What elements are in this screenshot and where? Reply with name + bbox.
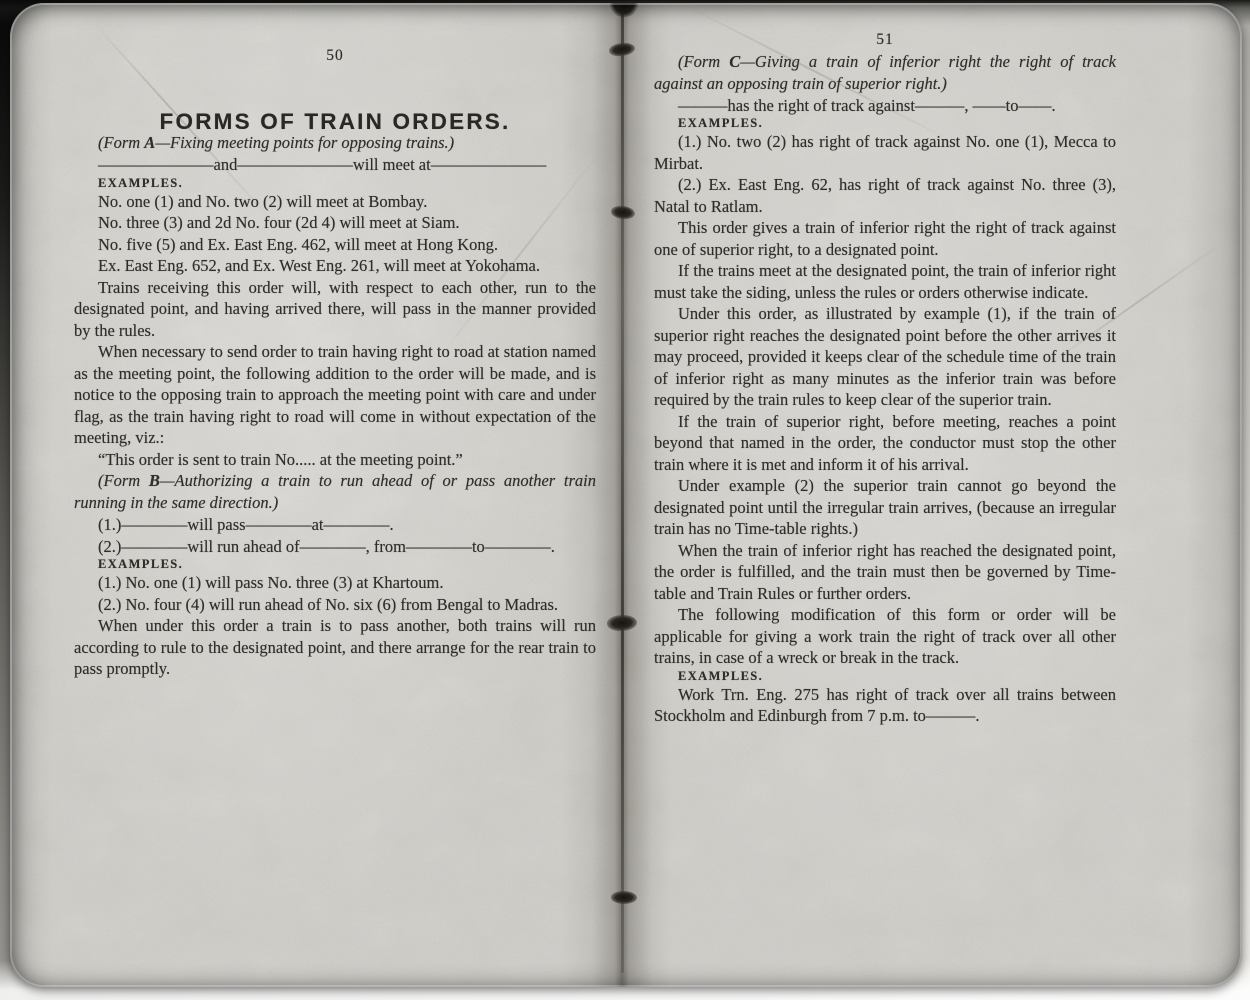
example-item: (1.) No. one (1) will pass No. three (3)… bbox=[74, 572, 596, 594]
open-book: 50 FORMS OF TRAIN ORDERS. (Form A—Fixing… bbox=[10, 3, 1242, 987]
body-paragraph: Under this order, as illustrated by exam… bbox=[654, 303, 1116, 411]
body-paragraph: Trains receiving this order will, with r… bbox=[74, 277, 596, 342]
form-a-caption: (Form A—Fixing meeting points for opposi… bbox=[74, 132, 596, 154]
example-item: (1.) No. two (2) has right of track agai… bbox=[654, 131, 1116, 174]
example-item: No. three (3) and 2d No. four (2d 4) wil… bbox=[74, 212, 596, 234]
book-scan-scene: 50 FORMS OF TRAIN ORDERS. (Form A—Fixing… bbox=[0, 0, 1250, 1000]
example-item: Ex. East Eng. 652, and Ex. West Eng. 261… bbox=[74, 255, 596, 277]
example-item: No. five (5) and Ex. East Eng. 462, will… bbox=[74, 234, 596, 256]
page-title: FORMS OF TRAIN ORDERS. bbox=[74, 111, 596, 133]
form-c-blank-line: ———has the right of track against———, ——… bbox=[654, 95, 1116, 117]
example-item: (2.) No. four (4) will run ahead of No. … bbox=[74, 594, 596, 616]
form-b-caption: (Form B—Authorizing a train to run ahead… bbox=[74, 470, 596, 514]
body-paragraph: The following modification of this form … bbox=[654, 604, 1116, 669]
body-paragraph: Under example (2) the superior train can… bbox=[654, 475, 1116, 540]
form-caption-prefix: (Form bbox=[678, 52, 729, 71]
examples-heading: EXAMPLES. bbox=[654, 669, 1116, 684]
body-paragraph: Work Trn. Eng. 275 has right of track ov… bbox=[654, 684, 1116, 727]
form-b-blank-line-2: (2.)————will run ahead of————, from————t… bbox=[74, 536, 596, 558]
example-item: No. one (1) and No. two (2) will meet at… bbox=[74, 191, 596, 213]
body-paragraph: When necessary to send order to train ha… bbox=[74, 341, 596, 449]
body-paragraph: When the train of inferior right has rea… bbox=[654, 540, 1116, 605]
quote-paragraph: “This order is sent to train No..... at … bbox=[74, 449, 596, 471]
page-right: 51 (Form C—Giving a train of inferior ri… bbox=[622, 3, 1242, 987]
examples-heading: EXAMPLES. bbox=[74, 176, 596, 191]
form-c-caption: (Form C—Giving a train of inferior right… bbox=[654, 51, 1116, 95]
form-caption-prefix: (Form bbox=[98, 471, 149, 490]
page-number: 51 bbox=[654, 29, 1116, 51]
body-paragraph: When under this order a train is to pass… bbox=[74, 615, 596, 680]
form-caption-prefix: (Form bbox=[98, 133, 144, 152]
body-paragraph: This order gives a train of inferior rig… bbox=[654, 217, 1116, 260]
examples-heading: EXAMPLES. bbox=[654, 116, 1116, 131]
example-item: (2.) Ex. East Eng. 62, has right of trac… bbox=[654, 174, 1116, 217]
page-number: 50 bbox=[74, 45, 596, 67]
examples-heading: EXAMPLES. bbox=[74, 557, 596, 572]
form-letter: B bbox=[149, 471, 160, 490]
body-paragraph: If the train of superior right, before m… bbox=[654, 411, 1116, 476]
form-caption-rest: —Fixing meeting points for opposing trai… bbox=[155, 133, 454, 152]
form-a-blank-line: ———————and———————will meet at——————— bbox=[74, 154, 596, 176]
form-b-blank-line-1: (1.)————will pass————at————. bbox=[74, 514, 596, 536]
form-letter: A bbox=[144, 133, 155, 152]
body-paragraph: If the trains meet at the designated poi… bbox=[654, 260, 1116, 303]
form-letter: C bbox=[729, 52, 740, 71]
page-left: 50 FORMS OF TRAIN ORDERS. (Form A—Fixing… bbox=[10, 3, 622, 987]
